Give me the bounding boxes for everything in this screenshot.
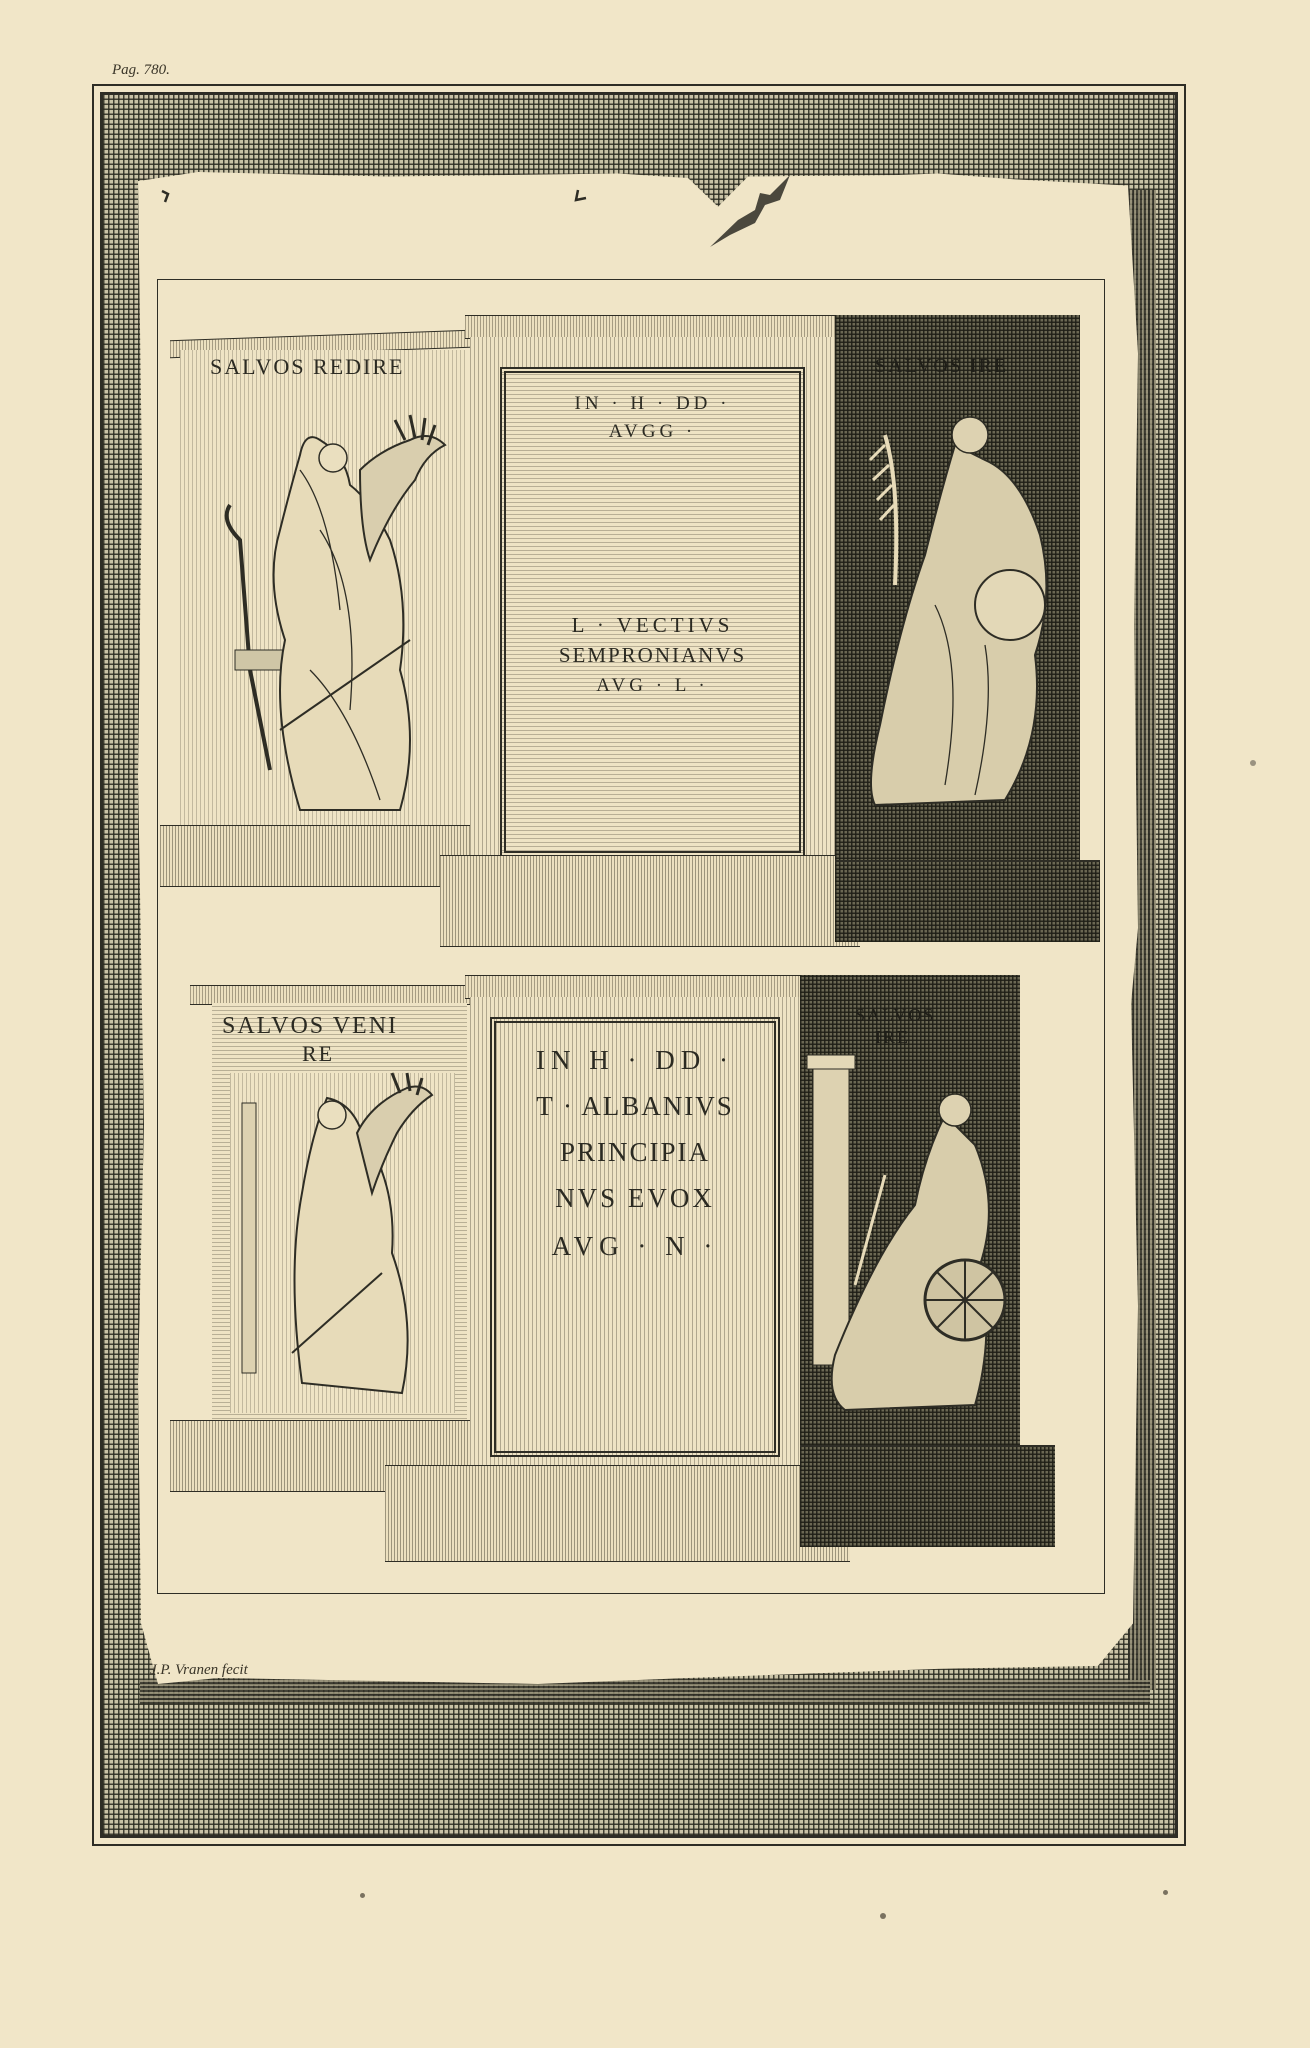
inscription-line: L · VECTIVS (506, 613, 799, 638)
paper-speck (360, 1893, 365, 1898)
inscription-line: SEMPRONIANVS (506, 643, 799, 668)
lower-front-cap (465, 975, 805, 999)
upper-right-face: SALVOS IRE (835, 315, 1080, 875)
inscription-line: NVS EVOX (496, 1183, 774, 1214)
upper-front-face: IN · H · DD · AVGG · L · VECTIVS SEMPRON… (470, 337, 835, 857)
lower-right-face-label-line2: IRE (875, 1027, 910, 1048)
upper-right-base (835, 860, 1100, 942)
paper-speck (1250, 760, 1256, 766)
inscription-line: AVG · L · (506, 675, 799, 697)
upper-front-base (440, 855, 860, 947)
seated-figure-cornucopia-icon (210, 410, 460, 820)
upper-altar: SALVOS REDIRE IN · H · DD · AVGG · L · V… (160, 300, 1100, 950)
paper-shadow-bottom (140, 1680, 1150, 1704)
inscription-line: IN H · DD · (496, 1045, 774, 1076)
upper-right-face-label: SALVOS IRE (875, 355, 1008, 378)
lower-right-base (800, 1445, 1055, 1547)
inscription-line: IN · H · DD · (506, 393, 799, 415)
tear-mark-icon (160, 188, 180, 208)
upper-left-base (160, 825, 470, 887)
lower-right-face: SALVOS IRE (800, 975, 1020, 1445)
tear-mark-icon (572, 188, 592, 210)
lower-left-face-label-line1: SALVOS VENI (222, 1013, 398, 1040)
upper-front-cap (465, 315, 840, 339)
seated-figure-palm-globe-icon (845, 405, 1075, 825)
lower-right-face-label-line1: SALVOS (855, 1005, 935, 1026)
inscription-line: T · ALBANIVS (496, 1091, 774, 1122)
inscription-line: AVGG · (506, 421, 799, 443)
upper-left-face-label: SALVOS REDIRE (210, 354, 405, 380)
upper-left-face: SALVOS REDIRE (180, 350, 465, 830)
paper-tear-icon (700, 175, 800, 250)
lower-left-cap (190, 985, 470, 1005)
lower-inscription-panel: IN H · DD · T · ALBANIVS PRINCIPIA NVS E… (490, 1017, 780, 1457)
paper-speck (880, 1913, 886, 1919)
engraver-signature: J.P. Vranen fecit (150, 1662, 248, 1679)
page-reference: Pag. 780. (112, 62, 170, 79)
paper-speck (1163, 1890, 1168, 1895)
seated-figure-cornucopia-icon (232, 1073, 452, 1413)
lower-left-face-label-line2: RE (302, 1041, 334, 1067)
seated-figure-wheel-icon (805, 1055, 1015, 1435)
upper-inscription-panel: IN · H · DD · AVGG · L · VECTIVS SEMPRON… (500, 367, 805, 857)
lower-front-base (385, 1465, 850, 1562)
inscription-line: AVG · N · (496, 1231, 774, 1262)
lower-altar: SALVOS VENI RE IN H · DD · T · ALBANIVS … (170, 985, 1090, 1585)
lower-front-face: IN H · DD · T · ALBANIVS PRINCIPIA NVS E… (470, 997, 800, 1467)
lower-left-face: SALVOS VENI RE (212, 1003, 467, 1423)
inscription-line: PRINCIPIA (496, 1137, 774, 1168)
